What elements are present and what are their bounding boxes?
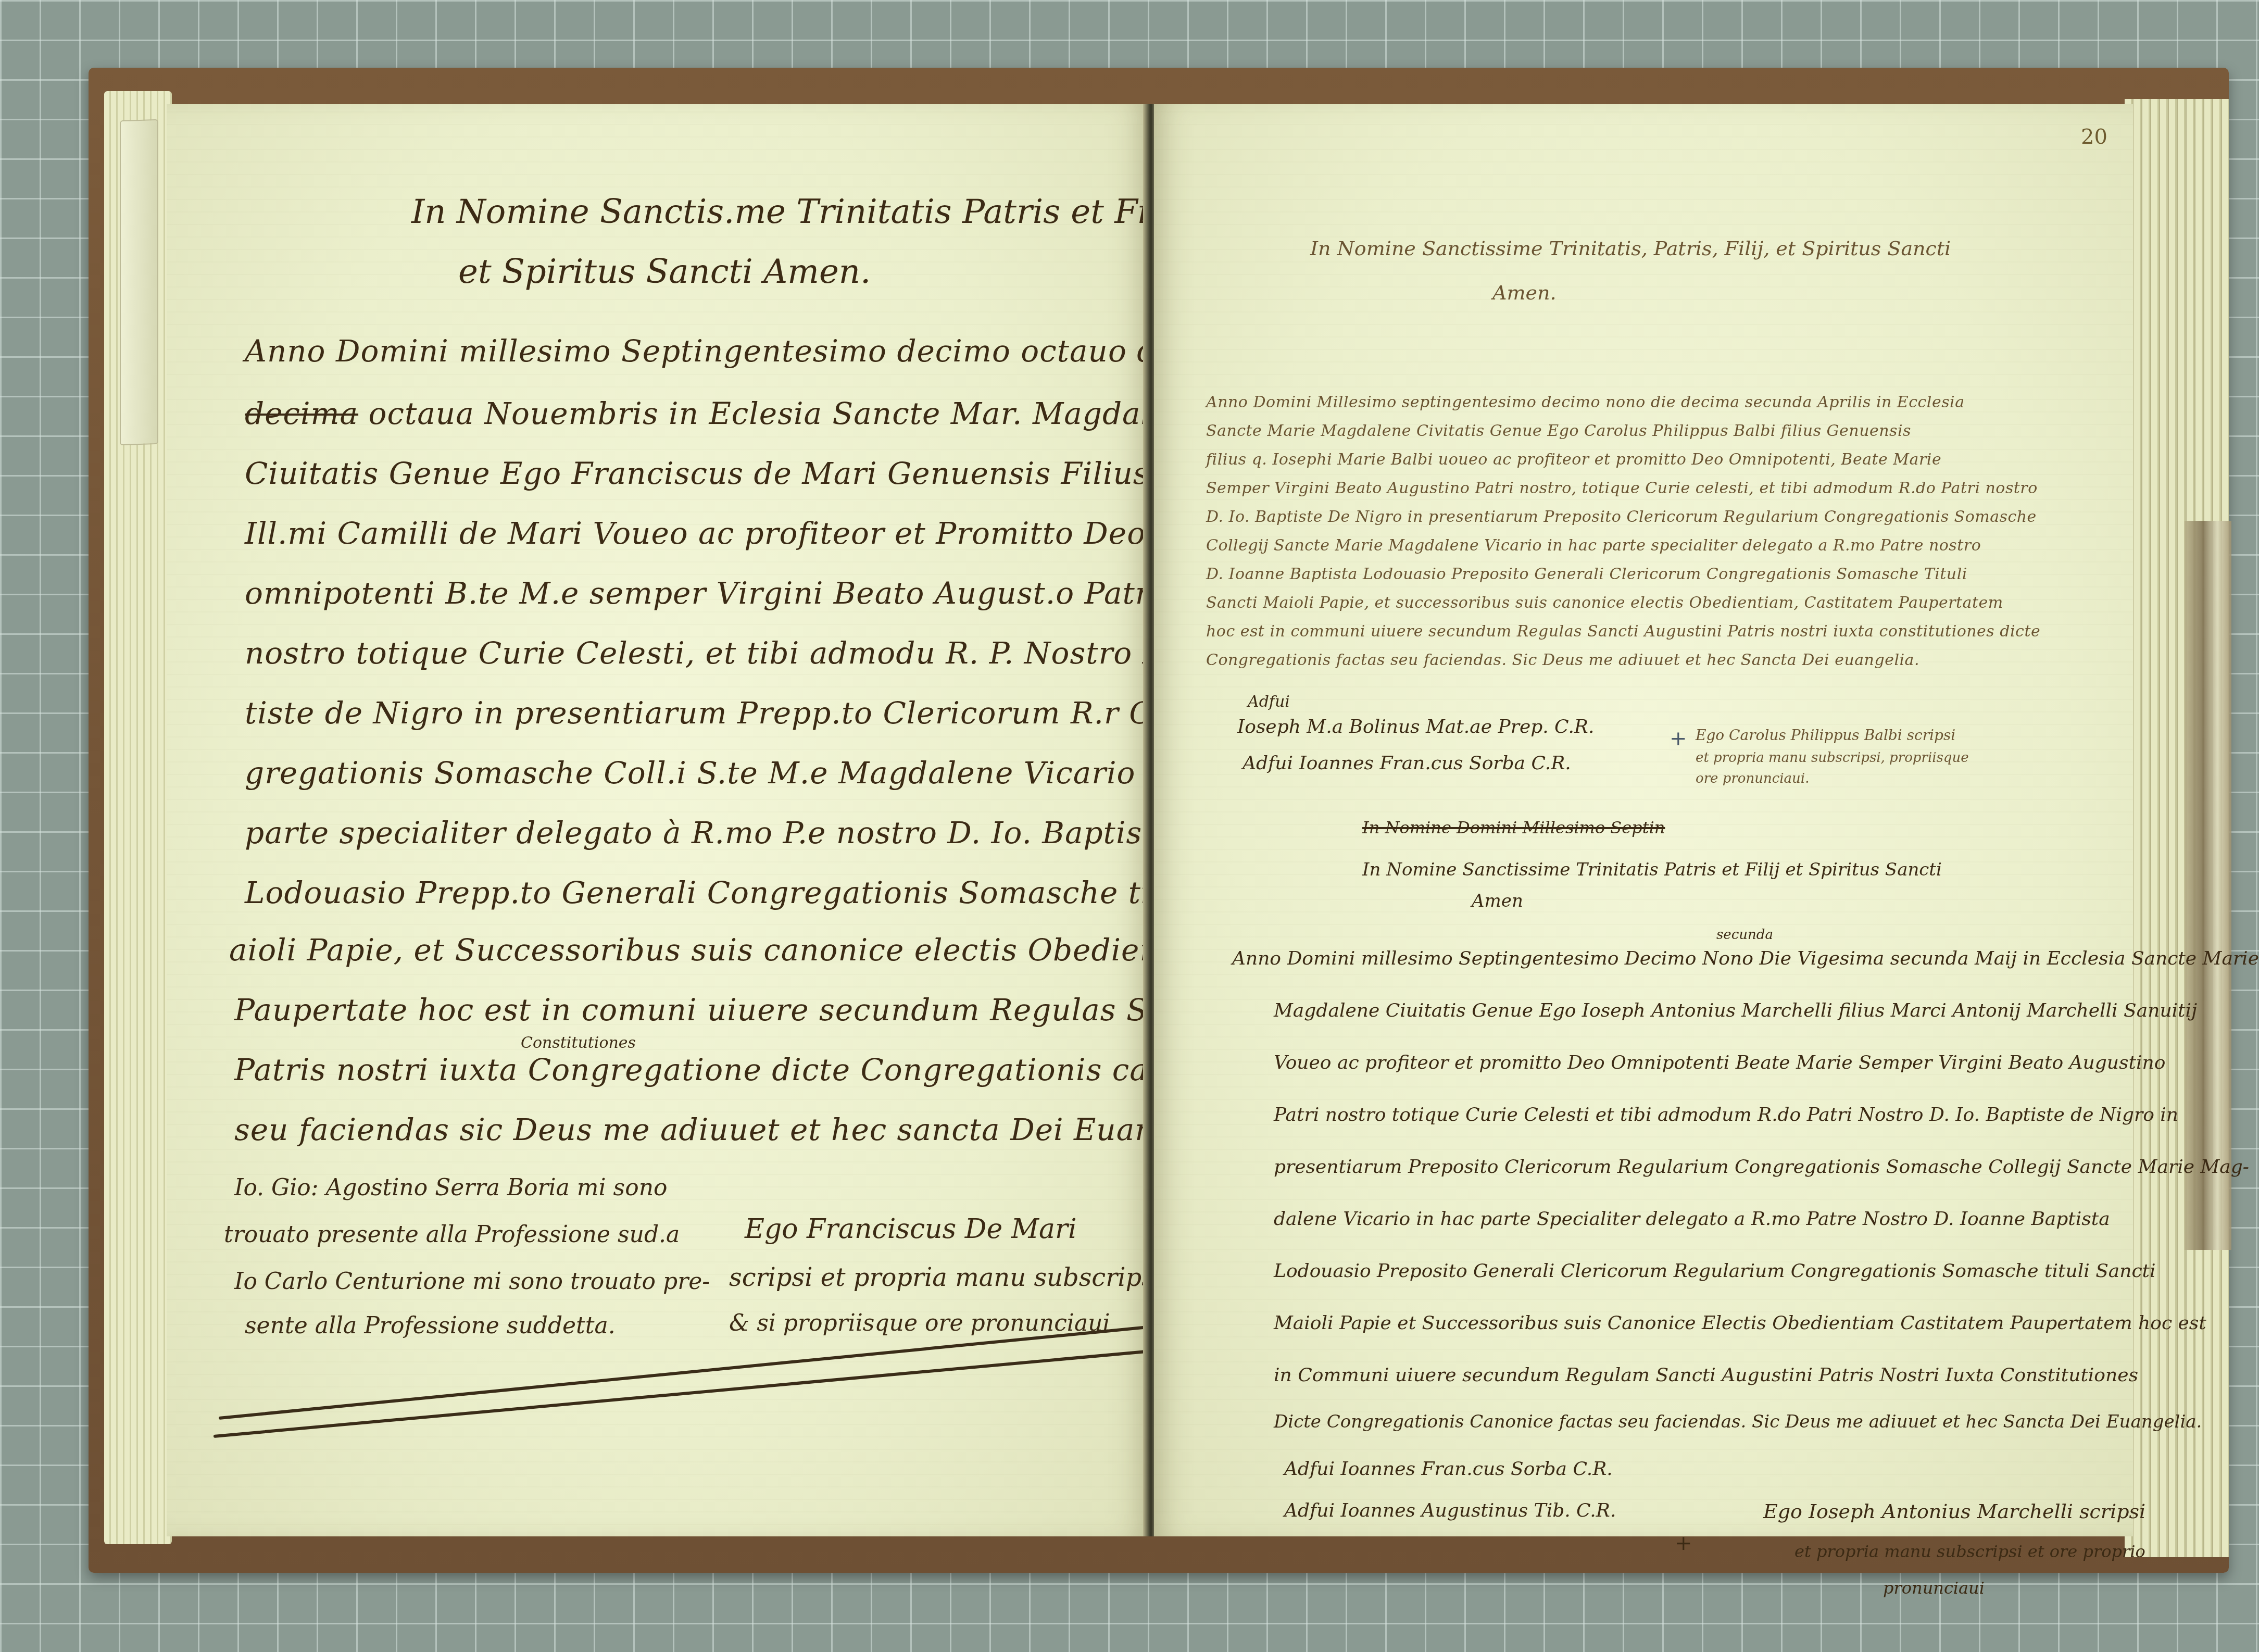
struck-heading: In Nomine Domini Millesimo Septin <box>1362 818 1665 837</box>
entry2-body-line: Patri nostro totique Curie Celesti et ti… <box>1274 1104 2178 1125</box>
left-body-line: tiste de Nigro in presentiarum Prepp.to … <box>245 695 1191 731</box>
entry2-body-line: dalene Vicario in hac parte Specialiter … <box>1274 1208 2110 1230</box>
right-heading-2-amen: Amen <box>1472 891 1523 911</box>
entry1-professant-signature: et propria manu subscripsi, propriisque <box>1696 750 1969 766</box>
right-heading-1: In Nomine Sanctissime Trinitatis, Patris… <box>1310 237 1951 260</box>
entry1-body-line: Collegij Sancte Marie Magdalene Vicario … <box>1206 536 1981 555</box>
entry2-body-line: Lodouasio Preposito Generali Clericorum … <box>1274 1260 2156 1282</box>
entry2-body-line: in Communi uiuere secundum Regulam Sanct… <box>1274 1365 2138 1386</box>
entry2-body-line: presentiarum Preposito Clericorum Regula… <box>1274 1156 2249 1178</box>
entry1-body-line: Anno Domini Millesimo septingentesimo de… <box>1206 393 1965 411</box>
cross-mark-icon: + <box>1670 727 1687 750</box>
left-heading-line-2: et Spiritus Sancti Amen. <box>458 253 871 291</box>
left-page: In Nomine Sanctis.me Trinitatis Patris e… <box>167 104 1151 1536</box>
professant-signature-line: & si propriisque ore pronunciaui <box>729 1310 1110 1336</box>
entry1-body-line: Semper Virgini Beato Augustino Patri nos… <box>1206 479 2038 497</box>
damaged-page-edges <box>2185 521 2231 1250</box>
entry1-body-line: D. Ioanne Baptista Lodouasio Preposito G… <box>1206 565 1967 583</box>
entry2-body-line: Voueo ac profiteor et promitto Deo Omnip… <box>1274 1052 2165 1073</box>
entry1-body-line: Sancte Marie Magdalene Civitatis Genue E… <box>1206 422 1911 440</box>
struck-word: decima <box>245 396 358 431</box>
left-body-line: gregationis Somasche Coll.i S.te M.e Mag… <box>245 755 1242 791</box>
professant-signature-line: scripsi et propria manu subscripsi <box>729 1263 1162 1292</box>
left-body-line: omnipotenti B.te M.e semper Virgini Beat… <box>245 575 1160 611</box>
witness-signature-line: Io Carlo Centurione mi sono trouato pre- <box>234 1268 710 1295</box>
left-heading-line-1: In Nomine Sanctis.me Trinitatis Patris e… <box>411 193 1180 231</box>
left-body-line: seu faciendas sic Deus me adiuuet et hec… <box>234 1112 1242 1147</box>
left-body-line: parte specialiter delegato à R.mo P.e no… <box>245 815 1173 850</box>
left-body-line: decima octaua Nouembris in Eclesia Sanct… <box>245 396 1208 431</box>
entry2-witness: Adfui Ioannes Fran.cus Sorba C.R. <box>1284 1458 1613 1480</box>
entry2-body-line: Anno Domini millesimo Septingentesimo De… <box>1232 948 2259 969</box>
insertion-above: secunda <box>1716 927 1773 943</box>
right-page: 20 In Nomine Sanctissime Trinitatis, Pat… <box>1154 104 2133 1536</box>
left-body-line: Anno Domini millesimo Septingentesimo de… <box>245 333 1185 369</box>
right-heading-2: In Nomine Sanctissime Trinitatis Patris … <box>1362 859 1942 880</box>
margin-cross-icon: + <box>1675 1531 1692 1555</box>
entry1-witness: Ioseph M.a Bolinus Mat.ae Prep. C.R. <box>1237 716 1594 737</box>
entry2-body-line: Maioli Papie et Successoribus suis Canon… <box>1274 1312 2206 1334</box>
entry1-body-line: Congregationis factas seu faciendas. Sic… <box>1206 651 1919 669</box>
witness-signature-line: trouato presente alla Professione sud.a <box>224 1221 680 1248</box>
entry2-body-line: Magdalene Ciuitatis Genue Ego Ioseph Ant… <box>1274 1000 2197 1021</box>
entry1-witness: Adfui <box>1248 693 1290 711</box>
entry1-body-line: D. Io. Baptiste De Nigro in presentiarum… <box>1206 508 2037 526</box>
entry2-professant-signature: et propria manu subscripsi et ore propri… <box>1794 1542 2145 1561</box>
folio-number: 20 <box>2081 125 2107 149</box>
witness-signature-line: Io. Gio: Agostino Serra Boria mi sono <box>234 1174 667 1201</box>
paper-repair-strip <box>120 119 158 446</box>
entry2-professant-signature: pronunciaui <box>1883 1578 1985 1598</box>
insertion-above: Constitutiones <box>521 1034 636 1052</box>
entry1-professant-signature: Ego Carolus Philippus Balbi scripsi <box>1696 727 1955 744</box>
entry1-body-line: Sancti Maioli Papie, et successoribus su… <box>1206 594 2003 612</box>
left-body-line: Ill.mi Camilli de Mari Voueo ac profiteo… <box>245 516 1146 551</box>
left-body-line: nostro totique Curie Celesti, et tibi ad… <box>245 635 1298 671</box>
professant-signature-line: Ego Franciscus De Mari <box>745 1213 1077 1245</box>
entry1-professant-signature: ore pronunciaui. <box>1696 771 1809 786</box>
entry1-witness: Adfui Ioannes Fran.cus Sorba C.R. <box>1243 753 1571 774</box>
entry2-witness: Adfui Ioannes Augustinus Tib. C.R. <box>1284 1500 1616 1521</box>
entry2-body-line: Dicte Congregationis Canonice factas seu… <box>1274 1411 2202 1432</box>
entry1-body-line: hoc est in communi uiuere secundum Regul… <box>1206 622 2040 641</box>
left-body-line: Ciuitatis Genue Ego Franciscus de Mari G… <box>245 456 1219 491</box>
entry2-professant-signature: Ego Ioseph Antonius Marchelli scripsi <box>1763 1500 2145 1523</box>
entry1-body-line: filius q. Iosephi Marie Balbi uoueo ac p… <box>1206 450 1941 469</box>
right-heading-1-amen: Amen. <box>1492 281 1557 304</box>
witness-signature-line: sente alla Professione suddetta. <box>245 1312 616 1339</box>
